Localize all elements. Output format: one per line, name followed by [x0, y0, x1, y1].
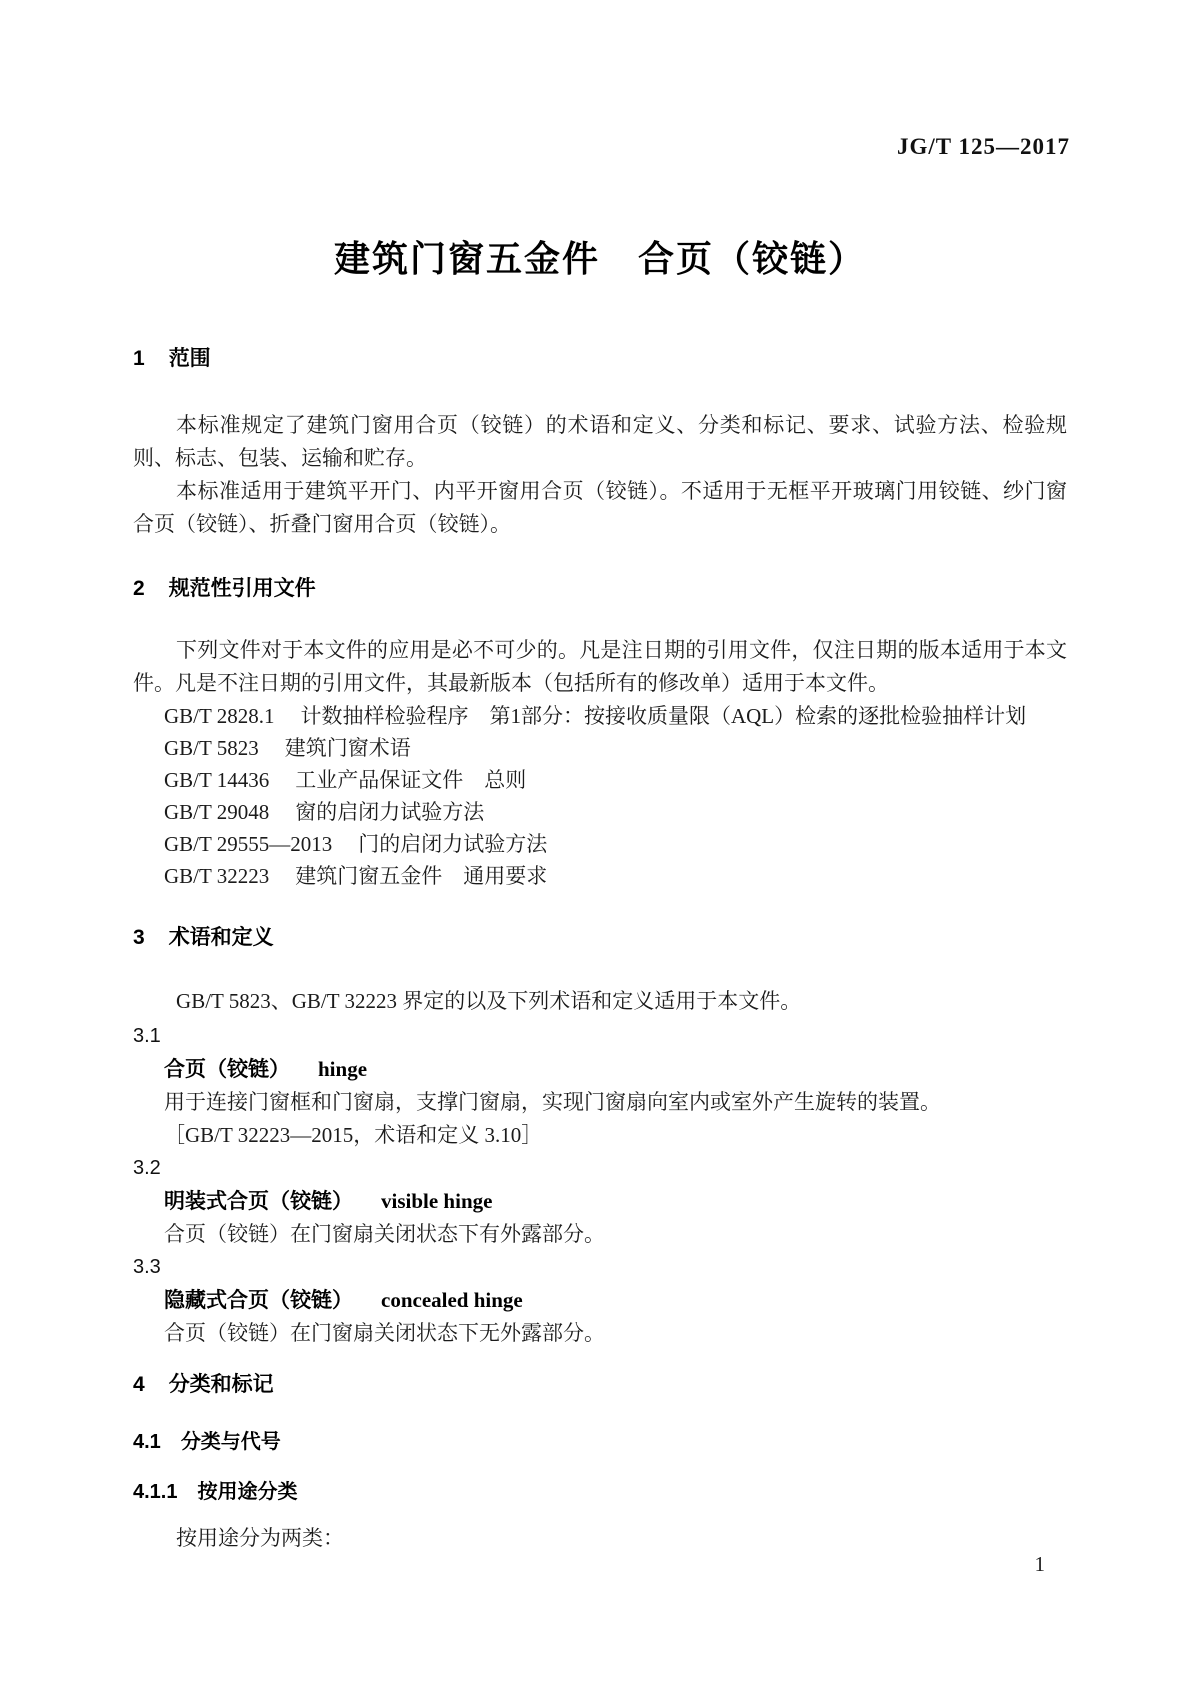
- term-number: 3.1: [133, 1020, 1067, 1053]
- reference-code: GB/T 29555—2013: [164, 832, 332, 856]
- term-source: ［GB/T 32223—2015，术语和定义 3.10］: [133, 1119, 1067, 1152]
- term-name-en: concealed hinge: [381, 1288, 523, 1312]
- term-name-cn: 明装式合页（铰链）: [164, 1190, 353, 1213]
- scope-paragraph-2: 本标准适用于建筑平开门、内平开窗用合页（铰链）。不适用于无框平开玻璃门用铰链、纱…: [133, 475, 1067, 541]
- reference-title: 窗的启闭力试验方法: [295, 800, 484, 824]
- term-definition: 合页（铰链）在门窗扇关闭状态下无外露部分。: [133, 1317, 1067, 1350]
- section-1-heading: 1范围: [133, 344, 1067, 374]
- reference-item: GB/T 14436工业产品保证文件 总则: [133, 764, 1067, 796]
- section-2-number: 2: [133, 577, 145, 600]
- terms-intro-paragraph: GB/T 5823、GB/T 32223 界定的以及下列术语和定义适用于本文件。: [133, 985, 1067, 1018]
- reference-item: GB/T 32223建筑门窗五金件 通用要求: [133, 860, 1067, 892]
- reference-item: GB/T 5823建筑门窗术语: [133, 732, 1067, 764]
- term-heading: 明装式合页（铰链）visible hinge: [133, 1185, 1067, 1218]
- reference-code: GB/T 14436: [164, 768, 269, 792]
- section-2-heading: 2规范性引用文件: [133, 574, 1067, 604]
- section-2-title: 规范性引用文件: [169, 577, 316, 600]
- scope-paragraph-1: 本标准规定了建筑门窗用合页（铰链）的术语和定义、分类和标记、要求、试验方法、检验…: [133, 409, 1067, 475]
- terms-block: 3.1 合页（铰链）hinge 用于连接门窗框和门窗扇，支撑门窗扇，实现门窗扇向…: [133, 1020, 1067, 1350]
- reference-title: 门的启闭力试验方法: [358, 832, 547, 856]
- section-4-1-1-title: 按用途分类: [197, 1481, 297, 1503]
- reference-title: 建筑门窗五金件 通用要求: [295, 864, 547, 888]
- term-number: 3.3: [133, 1251, 1067, 1284]
- term-name-en: visible hinge: [381, 1189, 492, 1213]
- references-intro-paragraph: 下列文件对于本文件的应用是必不可少的。凡是注日期的引用文件，仅注日期的版本适用于…: [133, 634, 1067, 700]
- term-name-en: hinge: [318, 1057, 367, 1081]
- section-4-title: 分类和标记: [169, 1373, 274, 1396]
- term-number: 3.2: [133, 1152, 1067, 1185]
- reference-item: GB/T 29555—2013门的启闭力试验方法: [133, 828, 1067, 860]
- reference-code: GB/T 32223: [164, 864, 269, 888]
- doc-title: 建筑门窗五金件 合页（铰链）: [0, 236, 1200, 282]
- term-name-cn: 合页（铰链）: [164, 1058, 290, 1081]
- term-definition: 合页（铰链）在门窗扇关闭状态下有外露部分。: [133, 1218, 1067, 1251]
- reference-list: GB/T 2828.1计数抽样检验程序 第1部分：按接收质量限（AQL）检索的逐…: [133, 700, 1067, 892]
- reference-code: GB/T 2828.1: [164, 704, 274, 728]
- reference-title: 建筑门窗术语: [285, 736, 411, 760]
- section-4-1-1-number: 4.1.1: [133, 1481, 177, 1503]
- section-4-number: 4: [133, 1373, 145, 1396]
- page-content: 1范围 本标准规定了建筑门窗用合页（铰链）的术语和定义、分类和标记、要求、试验方…: [0, 344, 1200, 1555]
- term-name-cn: 隐藏式合页（铰链）: [164, 1289, 353, 1312]
- term-definition: 用于连接门窗框和门窗扇，支撑门窗扇，实现门窗扇向室内或室外产生旋转的装置。: [133, 1086, 1067, 1119]
- reference-item: GB/T 29048窗的启闭力试验方法: [133, 796, 1067, 828]
- usage-classification-paragraph: 按用途分为两类：: [133, 1522, 1067, 1555]
- reference-code: GB/T 29048: [164, 800, 269, 824]
- section-3-number: 3: [133, 926, 145, 949]
- section-4-1-number: 4.1: [133, 1431, 161, 1453]
- term-heading: 合页（铰链）hinge: [133, 1053, 1067, 1086]
- reference-title: 计数抽样检验程序 第1部分：按接收质量限（AQL）检索的逐批检验抽样计划: [300, 704, 1026, 728]
- section-4-heading: 4分类和标记: [133, 1370, 1067, 1400]
- document-page: JG/T 125—2017 建筑门窗五金件 合页（铰链） 1范围 本标准规定了建…: [0, 0, 1200, 1701]
- section-4-1-heading: 4.1分类与代号: [133, 1427, 1067, 1457]
- section-1-number: 1: [133, 347, 145, 370]
- section-3-heading: 3术语和定义: [133, 923, 1067, 953]
- reference-item: GB/T 2828.1计数抽样检验程序 第1部分：按接收质量限（AQL）检索的逐…: [133, 700, 1067, 732]
- section-3-title: 术语和定义: [169, 926, 274, 949]
- page-number: 1: [1035, 1552, 1046, 1577]
- section-4-1-1-heading: 4.1.1按用途分类: [133, 1477, 1067, 1507]
- reference-title: 工业产品保证文件 总则: [295, 768, 526, 792]
- doc-code: JG/T 125—2017: [897, 134, 1070, 160]
- reference-code: GB/T 5823: [164, 736, 259, 760]
- section-1-title: 范围: [169, 347, 211, 370]
- term-heading: 隐藏式合页（铰链）concealed hinge: [133, 1284, 1067, 1317]
- section-4-1-title: 分类与代号: [181, 1431, 281, 1453]
